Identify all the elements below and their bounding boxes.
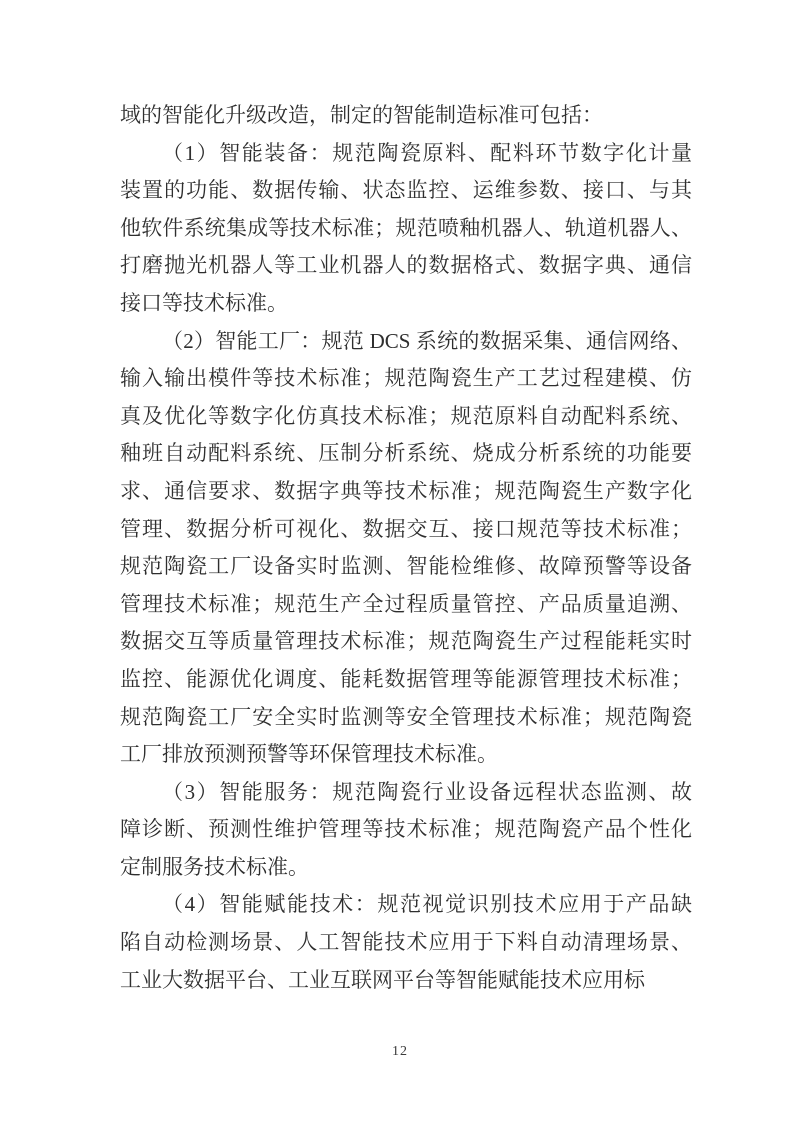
page-number: 12	[0, 1044, 800, 1060]
text-line: 装置的功能、数据传输、状态监控、运维参数、接口、与其	[120, 172, 692, 210]
document-page: 域的智能化升级改造，制定的智能制造标准可包括：（1）智能装备：规范陶瓷原料、配料…	[0, 0, 800, 1131]
text-line: （3）智能服务：规范陶瓷行业设备远程状态监测、故	[120, 774, 692, 812]
text-line: 工业大数据平台、工业互联网平台等智能赋能技术应用标	[120, 962, 692, 1000]
text-line: 接口等技术标准。	[120, 285, 692, 323]
text-line: 障诊断、预测性维护管理等技术标准；规范陶瓷产品个性化	[120, 811, 692, 849]
text-line: 求、通信要求、数据字典等技术标准；规范陶瓷生产数字化	[120, 473, 692, 511]
text-line: 规范陶瓷工厂安全实时监测等安全管理技术标准；规范陶瓷	[120, 699, 692, 737]
text-line: 管理、数据分析可视化、数据交互、接口规范等技术标准；	[120, 511, 692, 549]
text-line: 工厂排放预测预警等环保管理技术标准。	[120, 736, 692, 774]
text-line: （1）智能装备：规范陶瓷原料、配料环节数字化计量	[120, 135, 692, 173]
text-line: （2）智能工厂：规范 DCS 系统的数据采集、通信网络、	[120, 323, 692, 361]
text-line: 他软件系统集成等技术标准；规范喷釉机器人、轨道机器人、	[120, 210, 692, 248]
text-line: 管理技术标准；规范生产全过程质量管控、产品质量追溯、	[120, 586, 692, 624]
text-line: 域的智能化升级改造，制定的智能制造标准可包括：	[120, 97, 692, 135]
text-line: 数据交互等质量管理技术标准；规范陶瓷生产过程能耗实时	[120, 623, 692, 661]
text-line: 规范陶瓷工厂设备实时监测、智能检维修、故障预警等设备	[120, 548, 692, 586]
text-line: （4）智能赋能技术：规范视觉识别技术应用于产品缺	[120, 886, 692, 924]
text-line: 监控、能源优化调度、能耗数据管理等能源管理技术标准；	[120, 661, 692, 699]
text-line: 釉班自动配料系统、压制分析系统、烧成分析系统的功能要	[120, 435, 692, 473]
text-line: 陷自动检测场景、人工智能技术应用于下料自动清理场景、	[120, 924, 692, 962]
text-line: 真及优化等数字化仿真技术标准；规范原料自动配料系统、	[120, 398, 692, 436]
document-body: 域的智能化升级改造，制定的智能制造标准可包括：（1）智能装备：规范陶瓷原料、配料…	[120, 97, 692, 999]
text-line: 输入输出模件等技术标准；规范陶瓷生产工艺过程建模、仿	[120, 360, 692, 398]
text-line: 定制服务技术标准。	[120, 849, 692, 887]
text-line: 打磨抛光机器人等工业机器人的数据格式、数据字典、通信	[120, 247, 692, 285]
